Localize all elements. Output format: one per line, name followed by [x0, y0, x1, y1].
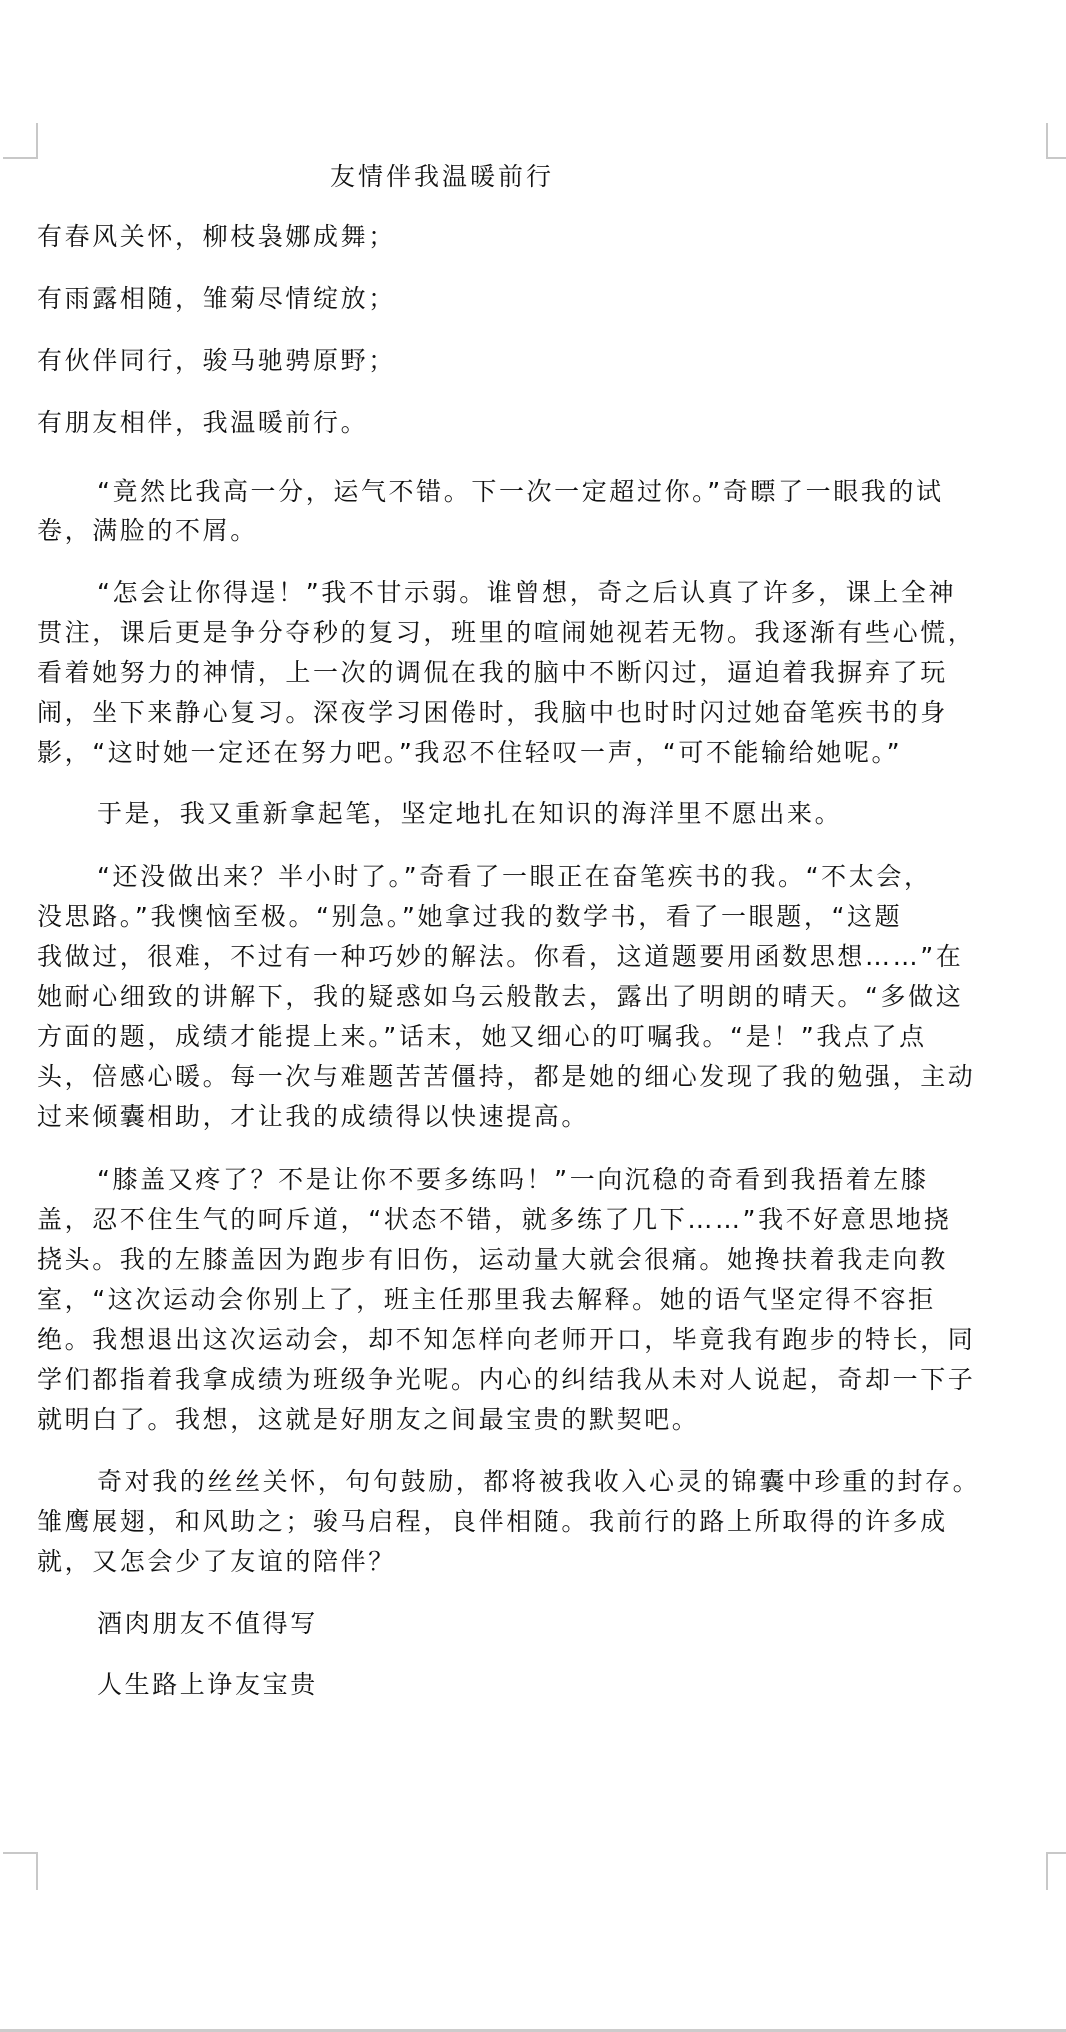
- paragraph-line: 盖，忍不住生气的呵斥道，“状态不错，就多练了几下……”我不好意思地挠: [37, 1203, 951, 1237]
- paragraph-line: “膝盖又疼了？不是让你不要多练吗！”一向沉稳的奇看到我捂着左膝: [97, 1163, 929, 1197]
- paragraph-line: 方面的题，成绩才能提上来。”话末，她又细心的叮嘱我。“是！”我点了点: [37, 1020, 927, 1054]
- paragraph-line: 过来倾囊相助，才让我的成绩得以快速提高。: [37, 1100, 589, 1134]
- paragraph-line: 室，“这次运动会你别上了，班主任那里我去解释。她的语气坚定得不容拒: [37, 1283, 936, 1317]
- paragraph-line: 闹，坐下来静心复习。深夜学习困倦时，我脑中也时时闪过她奋笔疾书的身: [37, 696, 948, 730]
- paragraph-line: 绝。我想退出这次运动会，却不知怎样向老师开口，毕竟我有跑步的特长，同: [37, 1323, 975, 1357]
- intro-line: 有伙伴同行，骏马驰骋原野；: [37, 344, 396, 378]
- page-margin-corner-bottom-right: [1046, 1852, 1066, 1890]
- paragraph-line: “还没做出来？半小时了。”奇看了一眼正在奋笔疾书的我。“不太会，: [97, 860, 932, 894]
- note-line: 酒肉朋友不值得写: [97, 1607, 318, 1641]
- paragraph-line: 就，又怎会少了友谊的陪伴？: [37, 1545, 396, 1579]
- paragraph-line: 贯注，课后更是争分夺秒的复习，班里的喧闹她视若无物。我逐渐有些心慌，: [37, 616, 975, 650]
- page-margin-corner-top-right: [1046, 123, 1066, 159]
- paragraph-line: “怎会让你得逞！”我不甘示弱。谁曾想，奇之后认真了许多，课上全神: [97, 576, 956, 610]
- document-title: 友情伴我温暖前行: [330, 160, 554, 194]
- paragraph-line: 奇对我的丝丝关怀，句句鼓励，都将被我收入心灵的锦囊中珍重的封存。: [97, 1465, 980, 1499]
- paragraph-line: “竟然比我高一分，运气不错。下一次一定超过你。”奇瞟了一眼我的试: [97, 475, 944, 509]
- paragraph-line: 头，倍感心暖。每一次与难题苦苦僵持，都是她的细心发现了我的勉强，主动: [37, 1060, 975, 1094]
- document-page: 友情伴我温暖前行 有春风关怀，柳枝袅娜成舞； 有雨露相随，雏菊尽情绽放； 有伙伴…: [0, 0, 1066, 2029]
- intro-line: 有雨露相随，雏菊尽情绽放；: [37, 282, 396, 316]
- intro-line: 有朋友相伴，我温暖前行。: [37, 406, 368, 440]
- note-line: 人生路上诤友宝贵: [97, 1668, 318, 1702]
- page-margin-corner-top-left: [3, 123, 38, 159]
- paragraph-line: 挠头。我的左膝盖因为跑步有旧伤，运动量大就会很痛。她搀扶着我走向教: [37, 1243, 948, 1277]
- paragraph-line: 没思路。”我懊恼至极。“别急。”她拿过我的数学书，看了一眼题，“这题: [37, 900, 902, 934]
- paragraph-line: 于是，我又重新拿起笔，坚定地扎在知识的海洋里不愿出来。: [97, 797, 842, 831]
- paragraph-line: 她耐心细致的讲解下，我的疑惑如乌云般散去，露出了明朗的晴天。“多做这: [37, 980, 963, 1014]
- paragraph-line: 就明白了。我想，这就是好朋友之间最宝贵的默契吧。: [37, 1403, 699, 1437]
- paragraph-line: 卷，满脸的不屑。: [37, 514, 258, 548]
- paragraph-line: 影，“这时她一定还在努力吧。”我忍不住轻叹一声，“可不能输给她呢。”: [37, 736, 902, 770]
- paragraph-line: 学们都指着我拿成绩为班级争光呢。内心的纠结我从未对人说起，奇却一下子: [37, 1363, 975, 1397]
- paragraph-line: 我做过，很难，不过有一种巧妙的解法。你看，这道题要用函数思想……”在: [37, 940, 963, 974]
- intro-line: 有春风关怀，柳枝袅娜成舞；: [37, 220, 396, 254]
- paragraph-line: 看着她努力的神情，上一次的调侃在我的脑中不断闪过，逼迫着我摒弃了玩: [37, 656, 948, 690]
- page-margin-corner-bottom-left: [3, 1852, 38, 1890]
- paragraph-line: 雏鹰展翅，和风助之；骏马启程，良伴相随。我前行的路上所取得的许多成: [37, 1505, 948, 1539]
